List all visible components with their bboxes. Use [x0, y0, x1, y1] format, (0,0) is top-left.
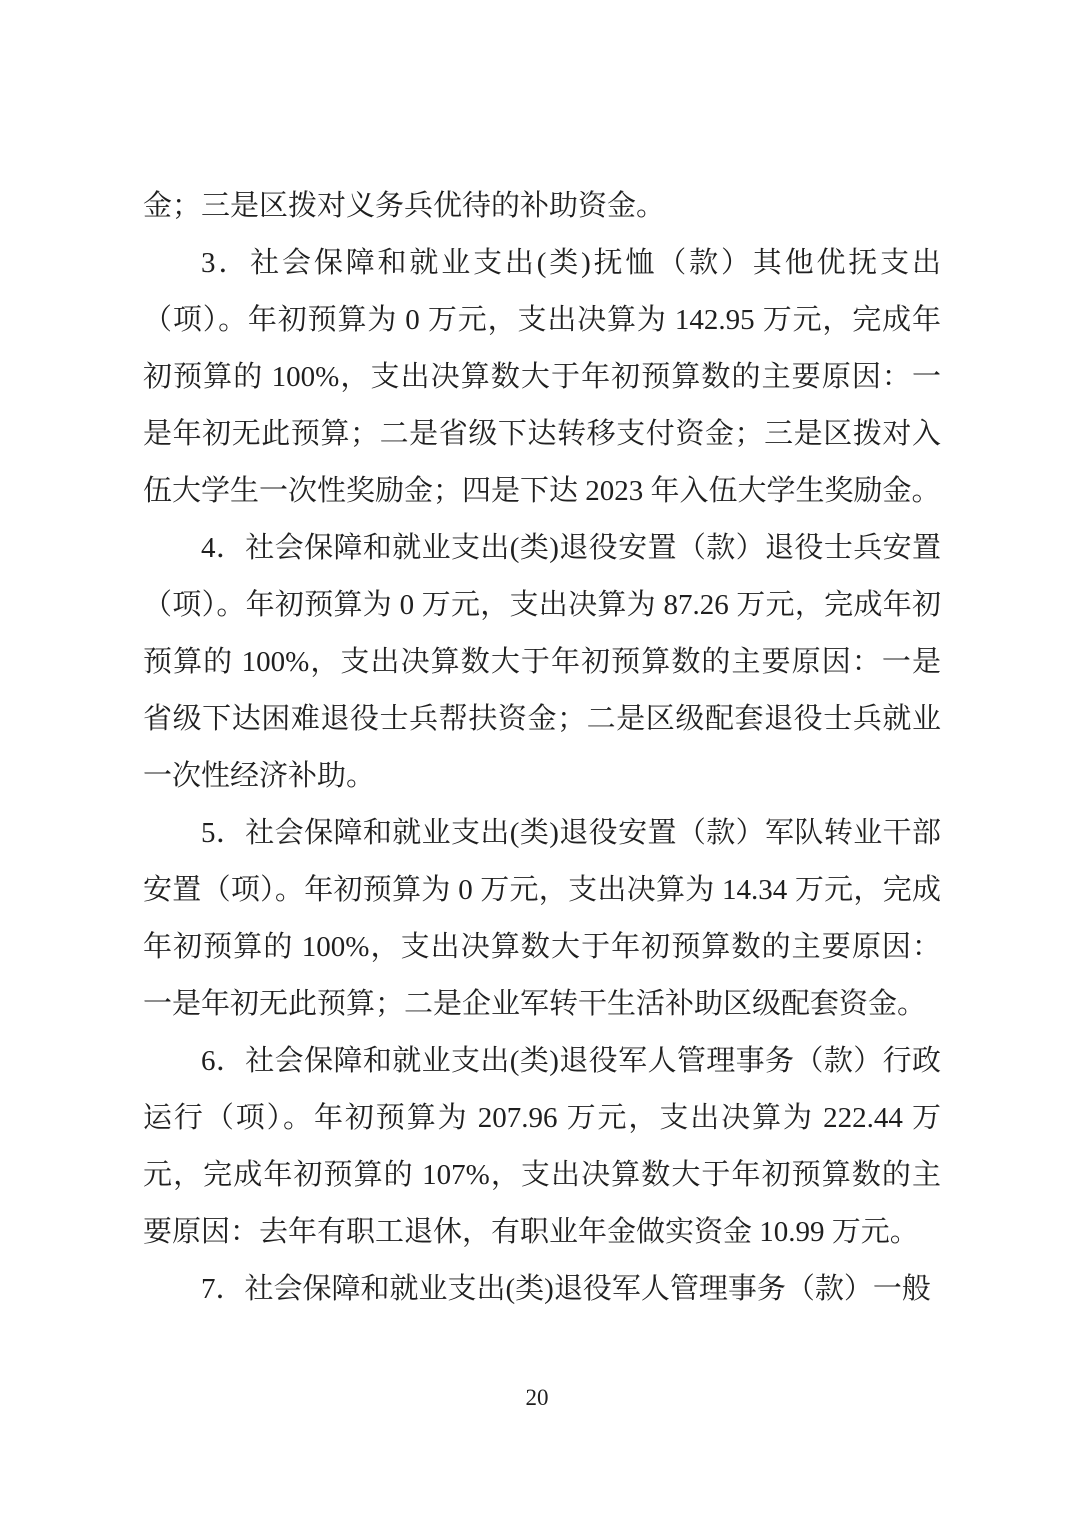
paragraph-item-6: 6．社会保障和就业支出(类)退役军人管理事务（款）行政运行（项）。年初预算为 2… — [143, 1033, 941, 1261]
paragraph-continuation: 金；三是区拨对义务兵优待的补助资金。 — [143, 178, 941, 235]
paragraph-item-5: 5．社会保障和就业支出(类)退役安置（款）军队转业干部安置（项）。年初预算为 0… — [143, 805, 941, 1033]
document-page: 金；三是区拨对义务兵优待的补助资金。 3．社会保障和就业支出(类)抚恤（款）其他… — [0, 0, 1074, 1520]
document-body: 金；三是区拨对义务兵优待的补助资金。 3．社会保障和就业支出(类)抚恤（款）其他… — [143, 178, 941, 1318]
page-number: 20 — [0, 1383, 1074, 1413]
paragraph-item-4: 4．社会保障和就业支出(类)退役安置（款）退役士兵安置（项）。年初预算为 0 万… — [143, 520, 941, 805]
paragraph-item-7: 7．社会保障和就业支出(类)退役军人管理事务（款）一般 — [143, 1261, 941, 1318]
paragraph-item-3: 3．社会保障和就业支出(类)抚恤（款）其他优抚支出（项）。年初预算为 0 万元，… — [143, 235, 941, 520]
